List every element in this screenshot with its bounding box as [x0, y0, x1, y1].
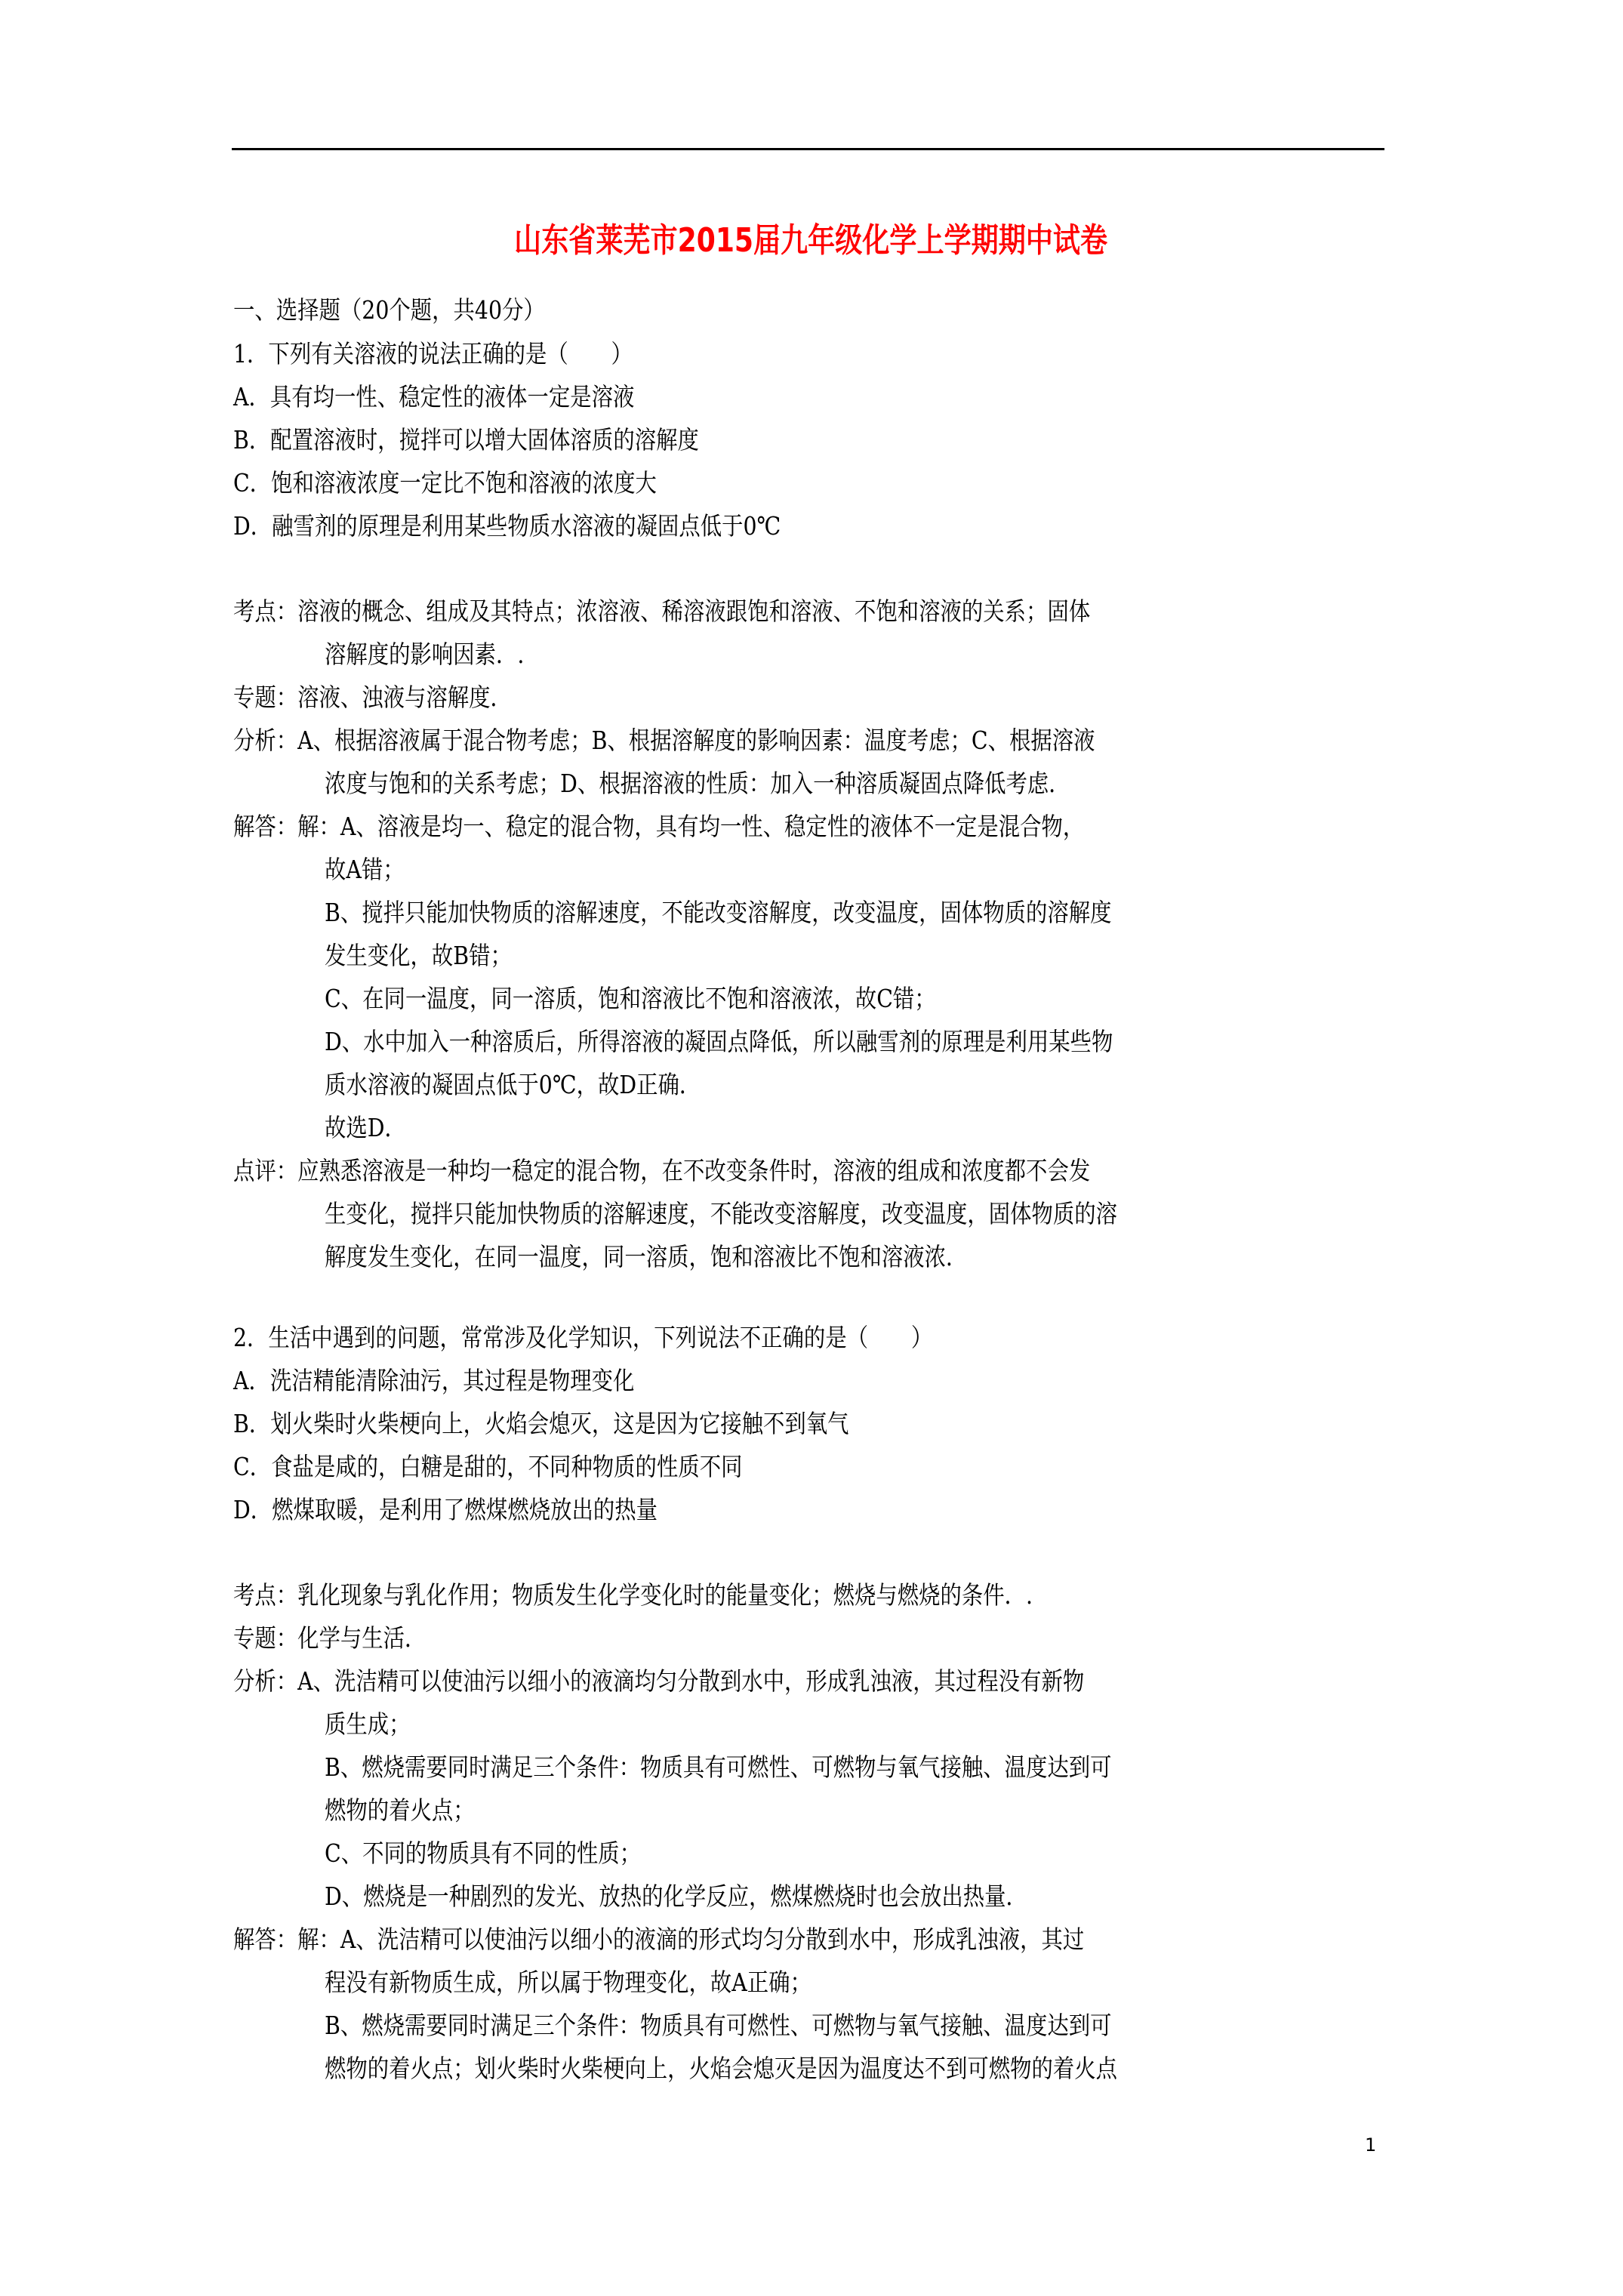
jieda-text: B、搅拌只能加快物质的溶解速度，不能改变溶解度，改变温度，固体物质的溶解度: [325, 898, 1112, 928]
document-title: 山东省莱芜市2015届九年级化学上学期期中试卷: [146, 213, 1477, 261]
jieda-label: 解答：: [233, 1925, 297, 1955]
kaodian-text: 乳化现象与乳化作用；物质发生化学变化时的能量变化；燃烧与燃烧的条件．.: [297, 1580, 1033, 1610]
jieda-text: 程没有新物质生成，所以属于物理变化，故A正确；: [325, 1968, 811, 1998]
fenxi-text: A、根据溶液属于混合物考虑；B、根据溶解度的影响因素：温度考虑；C、根据溶液: [297, 726, 1095, 755]
fenxi-label: 分析：: [233, 1666, 297, 1697]
option-a: A．洗洁精能清除油污，其过程是物理变化: [233, 1366, 634, 1396]
question-stem: 1．下列有关溶液的说法正确的是（ ）: [233, 339, 633, 369]
kaodian-text: 溶液的概念、组成及其特点；浓溶液、稀溶液跟饱和溶液、不饱和溶液的关系；固体: [297, 596, 1090, 626]
dianping-text: 解度发生变化，在同一温度，同一溶质，饱和溶液比不饱和溶液浓．: [325, 1242, 967, 1272]
zhuanti-label: 专题：: [233, 683, 297, 713]
fenxi-text: 浓度与饱和的关系考虑；D、根据溶液的性质：加入一种溶质凝固点降低考虑．: [325, 769, 1070, 799]
option-a: A．具有均一性、稳定性的液体一定是溶液: [233, 382, 634, 412]
dianping-text: 生变化，搅拌只能加快物质的溶解速度，不能改变溶解度，改变温度，固体物质的溶: [325, 1199, 1117, 1229]
dianping-label: 点评：: [233, 1156, 297, 1186]
zhuanti-section: 专题：化学与生活．: [233, 1623, 426, 1653]
option-b: B．划火柴时火柴梗向上，火焰会熄灭，这是因为它接触不到氧气: [233, 1409, 849, 1439]
jieda-text: 解：A、溶液是均一、稳定的混合物，具有均一性、稳定性的液体不一定是混合物，: [297, 812, 1084, 841]
fenxi-text: A、洗洁精可以使油污以细小的液滴均匀分散到水中，形成乳浊液，其过程没有新物: [297, 1666, 1084, 1696]
fenxi-text: C、不同的物质具有不同的性质；: [325, 1838, 641, 1869]
page-number: 1: [1365, 2134, 1376, 2156]
jieda-text: D、水中加入一种溶质后，所得溶液的凝固点降低，所以融雪剂的原理是利用某些物: [325, 1027, 1113, 1057]
jieda-text: C、在同一温度，同一溶质，饱和溶液比不饱和溶液浓，故C错；: [325, 984, 936, 1014]
kaodian-text: 溶解度的影响因素．.: [325, 639, 524, 670]
kaodian-label: 考点：: [233, 596, 297, 627]
option-d: D．融雪剂的原理是利用某些物质水溶液的凝固点低于0℃: [233, 511, 781, 541]
zhuanti-section: 专题：溶液、浊液与溶解度．: [233, 683, 512, 713]
fenxi-text: B、燃烧需要同时满足三个条件：物质具有可燃性、可燃物与氧气接触、温度达到可: [325, 1752, 1112, 1783]
option-c: C．食盐是咸的，白糖是甜的，不同种物质的性质不同: [233, 1452, 742, 1482]
jieda-text: 发生变化，故B错；: [325, 941, 512, 971]
question-stem: 2．生活中遇到的问题，常常涉及化学知识，下列说法不正确的是（ ）: [233, 1323, 932, 1353]
zhuanti-label: 专题：: [233, 1623, 297, 1653]
jieda-text: 故选D．: [325, 1113, 406, 1143]
jieda-text: B、燃烧需要同时满足三个条件：物质具有可燃性、可燃物与氧气接触、温度达到可: [325, 2011, 1112, 2041]
jieda-label: 解答：: [233, 812, 297, 842]
fenxi-text: D、燃烧是一种剧烈的发光、放热的化学反应，燃煤燃烧时也会放出热量．: [325, 1881, 1027, 1912]
option-d: D．燃煤取暖，是利用了燃煤燃烧放出的热量: [233, 1495, 658, 1525]
zhuanti-text: 化学与生活．: [297, 1623, 426, 1653]
jieda-text: 解：A、洗洁精可以使油污以细小的液滴的形式均匀分散到水中，形成乳浊液，其过: [297, 1925, 1084, 1954]
fenxi-text: 燃物的着火点；: [325, 1795, 475, 1826]
option-c: C．饱和溶液浓度一定比不饱和溶液的浓度大: [233, 468, 657, 498]
section-heading: 一、选择题（20个题，共40分）: [233, 295, 545, 325]
kaodian-label: 考点：: [233, 1580, 297, 1610]
fenxi-text: 质生成；: [325, 1709, 411, 1740]
dianping-text: 应熟悉溶液是一种均一稳定的混合物，在不改变条件时，溶液的组成和浓度都不会发: [297, 1156, 1090, 1185]
header-rule: [232, 148, 1384, 150]
zhuanti-text: 溶液、浊液与溶解度．: [297, 683, 512, 712]
kaodian-section: 考点：乳化现象与乳化作用；物质发生化学变化时的能量变化；燃烧与燃烧的条件．.: [233, 1580, 1033, 1610]
jieda-text: 故A错；: [325, 855, 405, 885]
fenxi-label: 分析：: [233, 726, 297, 756]
jieda-text: 质水溶液的凝固点低于0℃，故D正确．: [325, 1070, 701, 1100]
jieda-text: 燃物的着火点；划火柴时火柴梗向上，火焰会熄灭是因为温度达不到可燃物的着火点: [325, 2054, 1117, 2084]
option-b: B．配置溶液时，搅拌可以增大固体溶质的溶解度: [233, 425, 699, 455]
